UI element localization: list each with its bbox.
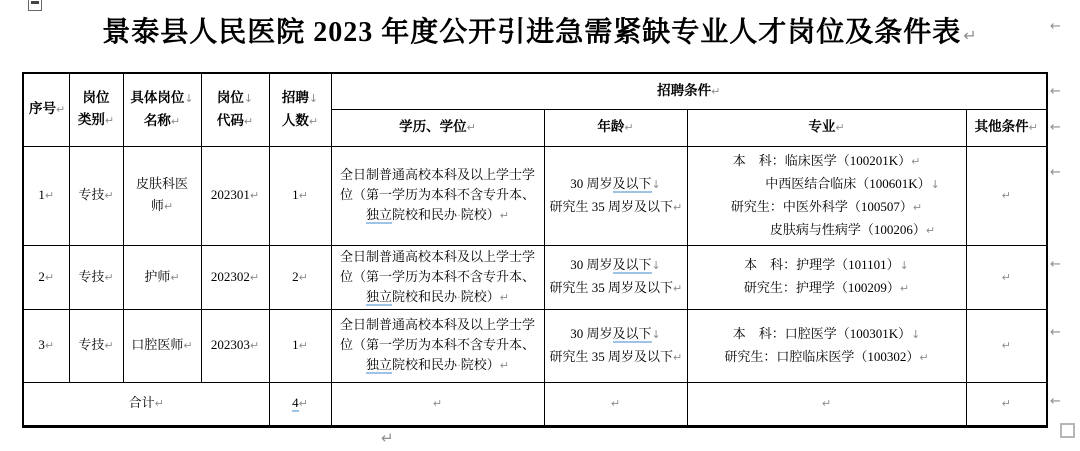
- cell-total-count[interactable]: 4↵: [269, 382, 331, 426]
- cell-count[interactable]: 2↵: [269, 245, 331, 309]
- cell-serial[interactable]: 3↵: [23, 309, 69, 382]
- table-row: 3↵ 专技↵ 口腔医师↵ 202303↵ 1↵ 全日制普通高校本科及以上学士学位…: [23, 309, 1047, 382]
- header-serial[interactable]: 序号↵: [23, 73, 69, 146]
- row-end-mark-icon: ←: [1050, 20, 1061, 34]
- cell-post[interactable]: 护师↵: [123, 245, 201, 309]
- cell-other[interactable]: ↵: [966, 245, 1047, 309]
- cell-age[interactable]: 30 周岁及以下↓研究生 35 周岁及以下↵: [544, 146, 687, 245]
- cell-total-other[interactable]: ↵: [966, 382, 1047, 426]
- cell-education[interactable]: 全日制普通高校本科及以上学士学位（第一学历为本科不含专升本、独立院校和民办·院校…: [331, 245, 544, 309]
- header-headcount[interactable]: 招聘↓人数↵: [269, 73, 331, 146]
- cell-total-age[interactable]: ↵: [544, 382, 687, 426]
- cell-age[interactable]: 30 周岁及以下↓研究生 35 周岁及以下↵: [544, 309, 687, 382]
- page-title-text: 景泰县人民医院 2023 年度公开引进急需紧缺专业人才岗位及条件表: [102, 17, 961, 48]
- cell-total-majors[interactable]: ↵: [687, 382, 966, 426]
- row-end-mark-icon: ←: [1050, 85, 1061, 99]
- paragraph-mark-icon: ↵: [381, 429, 394, 447]
- cell-count[interactable]: 1↵: [269, 309, 331, 382]
- cell-other[interactable]: ↵: [966, 309, 1047, 382]
- header-other[interactable]: 其他条件↵: [966, 109, 1047, 146]
- header-conditions[interactable]: 招聘条件↵: [331, 73, 1047, 109]
- cell-majors[interactable]: 本 科：护理学（101101）↓研究生：护理学（100209）↵: [687, 245, 966, 309]
- row-end-mark-icon: ←: [1050, 258, 1061, 272]
- header-post-name[interactable]: 具体岗位↓名称↵: [123, 73, 201, 146]
- cell-post[interactable]: 口腔医师↵: [123, 309, 201, 382]
- cell-post[interactable]: 皮肤科医师↵: [123, 146, 201, 245]
- positions-table: 序号↵ 岗位类别↵ 具体岗位↓名称↵ 岗位↓代码↵ 招聘↓人数↵ 招聘条件↵ 学…: [22, 72, 1048, 428]
- header-age[interactable]: 年龄↵: [544, 109, 687, 146]
- row-end-mark-icon: ←: [1050, 121, 1061, 135]
- page-title[interactable]: 景泰县人民医院 2023 年度公开引进急需紧缺专业人才岗位及条件表↵: [0, 10, 1080, 50]
- cell-total-label[interactable]: 合计↵: [23, 382, 269, 426]
- cell-other[interactable]: ↵: [966, 146, 1047, 245]
- cell-category[interactable]: 专技↵: [69, 309, 123, 382]
- cell-education[interactable]: 全日制普通高校本科及以上学士学位（第一学历为本科不含专升本、独立院校和民办·院校…: [331, 309, 544, 382]
- header-education[interactable]: 学历、学位↵: [331, 109, 544, 146]
- cell-majors[interactable]: 本 科：口腔医学（100301K）↓研究生：口腔临床医学（100302）↵: [687, 309, 966, 382]
- cell-category[interactable]: 专技↵: [69, 245, 123, 309]
- header-category[interactable]: 岗位类别↵: [69, 73, 123, 146]
- table-resize-handle-icon[interactable]: [1060, 423, 1075, 438]
- header-row-1: 序号↵ 岗位类别↵ 具体岗位↓名称↵ 岗位↓代码↵ 招聘↓人数↵ 招聘条件↵: [23, 73, 1047, 109]
- cell-education[interactable]: 全日制普通高校本科及以上学士学位（第一学历为本科不含专升本、独立院校和民办·院校…: [331, 146, 544, 245]
- cell-serial[interactable]: 2↵: [23, 245, 69, 309]
- table-row: 2↵ 专技↵ 护师↵ 202302↵ 2↵ 全日制普通高校本科及以上学士学位（第…: [23, 245, 1047, 309]
- cell-code[interactable]: 202303↵: [201, 309, 269, 382]
- row-end-mark-icon: ←: [1050, 326, 1061, 340]
- cell-majors[interactable]: 本 科：临床医学（100201K）↵ 中西医结合临床（100601K）↓研究生：…: [687, 146, 966, 245]
- cell-code[interactable]: 202302↵: [201, 245, 269, 309]
- header-post-code[interactable]: 岗位↓代码↵: [201, 73, 269, 146]
- row-end-mark-icon: ←: [1050, 166, 1061, 180]
- header-major[interactable]: 专业↵: [687, 109, 966, 146]
- document-page: 景泰县人民医院 2023 年度公开引进急需紧缺专业人才岗位及条件表↵ 序号↵ 岗…: [0, 0, 1080, 451]
- table-row: 1↵ 专技↵ 皮肤科医师↵ 202301↵ 1↵ 全日制普通高校本科及以上学士学…: [23, 146, 1047, 245]
- cell-count[interactable]: 1↵: [269, 146, 331, 245]
- cell-code[interactable]: 202301↵: [201, 146, 269, 245]
- paragraph-mark-icon: ↵: [963, 26, 977, 45]
- cell-category[interactable]: 专技↵: [69, 146, 123, 245]
- row-end-mark-icon: ←: [1050, 395, 1061, 409]
- cell-serial[interactable]: 1↵: [23, 146, 69, 245]
- cell-age[interactable]: 30 周岁及以下↓研究生 35 周岁及以下↵: [544, 245, 687, 309]
- total-row: 合计↵ 4↵ ↵ ↵ ↵ ↵: [23, 382, 1047, 426]
- cell-total-education[interactable]: ↵: [331, 382, 544, 426]
